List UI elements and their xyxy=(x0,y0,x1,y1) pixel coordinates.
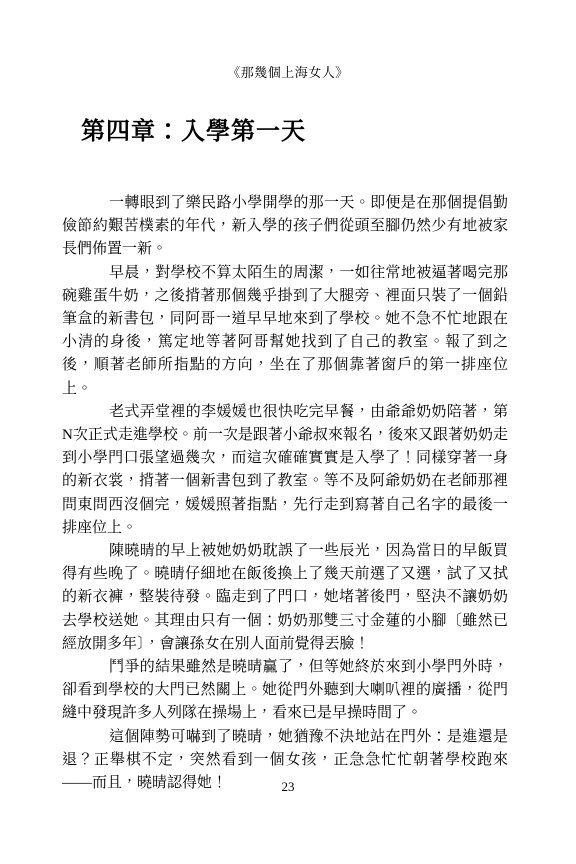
page-number: 23 xyxy=(0,780,576,794)
paragraph-3: 老式弄堂裡的李媛媛也很快吃完早餐，由爺爺奶奶陪著，第 N次正式走進學校。前一次是… xyxy=(62,401,508,540)
paragraph-2: 早晨，對學校不算太陌生的周潔，一如往常地被逼著喝完那碗雞蛋牛奶，之後揹著那個幾乎… xyxy=(62,262,508,401)
book-page: 《那幾個上海女人》 第四章：入學第一天 一轉眼到了樂民路小學開學的那一天。即便是… xyxy=(0,0,576,864)
chapter-title: 第四章：入學第一天 xyxy=(81,117,306,147)
chapter-body: 一轉眼到了樂民路小學開學的那一天。即便是在那個提倡勤儉節約艱苦樸素的年代，新入學… xyxy=(62,192,508,795)
paragraph-5: 鬥爭的結果雖然是曉晴贏了，但等她終於來到小學門外時，卻看到學校的大門已然關上。她… xyxy=(62,656,508,726)
paragraph-1: 一轉眼到了樂民路小學開學的那一天。即便是在那個提倡勤儉節約艱苦樸素的年代，新入學… xyxy=(62,192,508,262)
paragraph-4: 陳曉晴的早上被她奶奶耽誤了一些辰光，因為當日的早飯買得有些晚了。曉晴仔細地在飯後… xyxy=(62,540,508,656)
running-book-title: 《那幾個上海女人》 xyxy=(0,66,576,80)
